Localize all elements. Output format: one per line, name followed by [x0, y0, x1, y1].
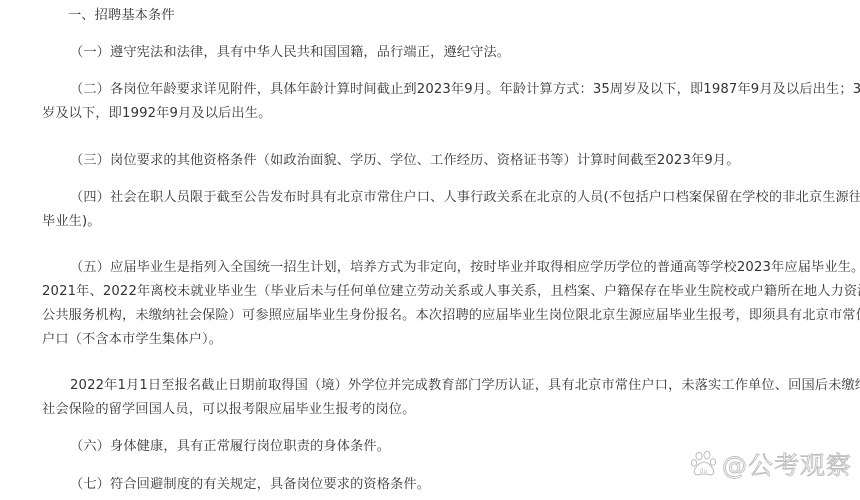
paragraph-6-line-2: 社会保险的留学回国人员，可以报考限应届毕业生报考的岗位。	[42, 400, 415, 420]
paragraph-7-line-1: （六）身体健康，具有正常履行岗位职责的身体条件。	[70, 437, 390, 457]
document-body: 一、招聘基本条件 （一）遵守宪法和法律，具有中华人民共和国国籍，品行端正，遵纪守…	[0, 0, 860, 500]
paragraph-4-line-1: （四）社会在职人员限于截至公告发布时具有北京市常住户口、人事行政关系在北京的人员…	[70, 188, 860, 208]
watermark: du @公考观察	[690, 451, 852, 481]
paragraph-2-line-2: 岁及以下，即1992年9月及以后出生。	[42, 104, 271, 124]
paragraph-5-line-4: 户口（不含本市学生集体户）。	[42, 330, 222, 350]
paragraph-1-line-1: （一）遵守宪法和法律，具有中华人民共和国国籍，品行端正，遵纪守法。	[70, 43, 510, 63]
paragraph-5-line-2: 2021年、2022年离校未就业毕业生（毕业后未与任何单位建立劳动关系或人事关系…	[42, 282, 860, 302]
section-heading: 一、招聘基本条件	[68, 6, 175, 26]
baidu-paw-icon: du	[690, 449, 720, 483]
paragraph-4-line-2: 毕业生)。	[42, 212, 101, 232]
watermark-text: @公考观察	[722, 451, 852, 481]
paragraph-6-line-1: 2022年1月1日至报名截止日期前取得国（境）外学位并完成教育部门学历认证，具有…	[70, 376, 860, 396]
paragraph-5-line-3: 公共服务机构，未缴纳社会保险）可参照应届毕业生身份报名。本次招聘的应届毕业生岗位…	[42, 306, 860, 326]
paragraph-3-line-1: （三）岗位要求的其他资格条件（如政治面貌、学历、学位、工作经历、资格证书等）计算…	[70, 151, 740, 171]
paragraph-8-line-1: （七）符合回避制度的有关规定，具备岗位要求的资格条件。	[70, 475, 430, 495]
svg-text:du: du	[700, 468, 708, 475]
paragraph-2-line-1: （二）各岗位年龄要求详见附件，具体年龄计算时间截止到2023年9月。年龄计算方式…	[70, 80, 860, 100]
paragraph-5-line-1: （五）应届毕业生是指列入全国统一招生计划，培养方式为非定向，按时毕业并取得相应学…	[70, 258, 860, 278]
